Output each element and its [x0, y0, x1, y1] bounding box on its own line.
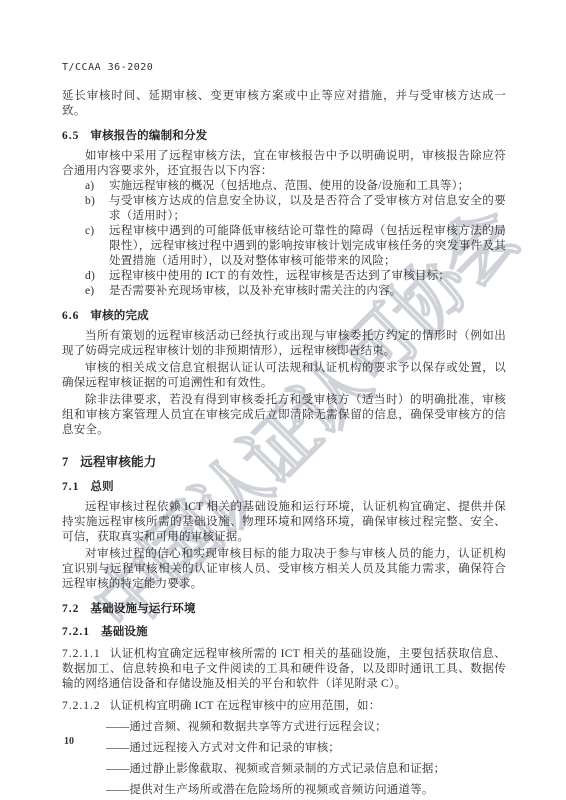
- heading-number: 6.6: [62, 310, 79, 322]
- heading-number: 7.2.1: [62, 626, 90, 638]
- list-item: e)是否需要补充现场审核，以及补充审核时需关注的内容。: [62, 284, 506, 299]
- paragraph: 如审核中采用了远程审核方法，宜在审核报告中予以明确说明，审核报告除应符合通用内容…: [62, 149, 506, 179]
- paragraph: 审核的相关成文信息宜根据认证认可法规和认证机构的要求予以保存或处置，以确保远程审…: [62, 361, 506, 391]
- paragraph: 当所有策划的远程审核活动已经执行或出现与审核委托方约定的情形时（例如出现了妨碍完…: [62, 329, 506, 359]
- list-item-label: a): [85, 179, 109, 194]
- list-item-text: 远程审核中遇到的可能降低审核结论可靠性的障碍（包括远程审核方法的局限性），远程审…: [109, 224, 506, 269]
- heading-7-1: 7.1总则: [62, 480, 506, 495]
- heading-title: 审核的完成: [90, 310, 149, 322]
- heading-6-5: 6.5审核报告的编制和分发: [62, 129, 506, 144]
- list-item: d)远程审核中使用的 ICT 的有效性，远程审核是否达到了审核目标；: [62, 269, 506, 284]
- heading-6-6: 6.6审核的完成: [62, 309, 506, 324]
- list-item-label: d): [85, 269, 109, 284]
- paragraph-number: 7.2.1.1: [62, 648, 101, 660]
- heading-7: 7远程审核能力: [62, 454, 506, 470]
- dash-item: ——通过远程接入方式对文件和记录的审核；: [62, 741, 506, 756]
- heading-number: 7.2: [62, 603, 79, 615]
- heading-title: 远程审核能力: [80, 455, 156, 469]
- list-item-text: 与受审核方达成的信息安全协议，以及是否符合了受审核方对信息安全的要求（适用时）；: [109, 194, 506, 224]
- dash-item: ——提供对生产场所或潜在危险场所的视频或音频访问通道等。: [62, 783, 506, 798]
- dash-item: ——通过静止影像截取、视频或音频录制的方式记录信息和证据；: [62, 762, 506, 777]
- heading-number: 6.5: [62, 130, 79, 142]
- heading-title: 审核报告的编制和分发: [90, 130, 207, 142]
- paragraph-text: 认证机构宜确定远程审核所需的 ICT 相关的基础设施，主要包括获取信息、数据加工…: [62, 648, 506, 690]
- numbered-paragraph: 7.2.1.2认证机构宜明确 ICT 在远程审核中的应用范围，如：: [62, 699, 506, 714]
- list-item-label: c): [85, 224, 109, 269]
- dash-item: ——通过音频、视频和数据共享等方式进行远程会议；: [62, 720, 506, 735]
- paragraph-text: 认证机构宜明确 ICT 在远程审核中的应用范围，如：: [110, 700, 381, 712]
- paragraph-number: 7.2.1.2: [62, 700, 101, 712]
- heading-title: 基础设施: [101, 626, 148, 638]
- list-item: c)远程审核中遇到的可能降低审核结论可靠性的障碍（包括远程审核方法的局限性），远…: [62, 224, 506, 269]
- paragraph: 对审核过程的信心和实现审核目标的能力取决于参与审核人员的能力，认证机构宜识别与远…: [62, 547, 506, 592]
- doc-content: 延长审核时间、延期审核、变更审核方案或中止等应对措施，并与受审核方达成一致。6.…: [62, 89, 506, 798]
- list-item-text: 实施远程审核的概况（包括地点、范围、使用的设备/设施和工具等）；: [109, 179, 506, 194]
- list-item-label: b): [85, 194, 109, 224]
- list-item: a)实施远程审核的概况（包括地点、范围、使用的设备/设施和工具等）；: [62, 179, 506, 194]
- heading-number: 7: [62, 455, 69, 469]
- page-number: 10: [64, 736, 74, 747]
- paragraph: 远程审核过程依赖 ICT 相关的基础设施和运行环境，认证机构宜确定、提供并保持实…: [62, 500, 506, 545]
- paragraph-continuation: 延长审核时间、延期审核、变更审核方案或中止等应对措施，并与受审核方达成一致。: [62, 89, 506, 119]
- numbered-paragraph: 7.2.1.1认证机构宜确定远程审核所需的 ICT 相关的基础设施，主要包括获取…: [62, 647, 506, 692]
- list-item-label: e): [85, 284, 109, 299]
- heading-7-2: 7.2基础设施与运行环境: [62, 602, 506, 617]
- heading-title: 基础设施与运行环境: [90, 603, 195, 615]
- heading-title: 总则: [90, 481, 113, 493]
- list-item: b)与受审核方达成的信息安全协议，以及是否符合了受审核方对信息安全的要求（适用时…: [62, 194, 506, 224]
- document-page: T/CCAA 36-2020 延长审核时间、延期审核、变更审核方案或中止等应对措…: [0, 0, 566, 800]
- paragraph: 除非法律要求，若没有得到审核委托方和受审核方（适当时）的明确批准，审核组和审核方…: [62, 393, 506, 438]
- list-item-text: 远程审核中使用的 ICT 的有效性，远程审核是否达到了审核目标；: [109, 269, 506, 284]
- heading-number: 7.1: [62, 481, 79, 493]
- list-item-text: 是否需要补充现场审核，以及补充审核时需关注的内容。: [109, 284, 506, 299]
- heading-7-2-1: 7.2.1基础设施: [62, 625, 506, 640]
- doc-header-code: T/CCAA 36-2020: [62, 62, 506, 73]
